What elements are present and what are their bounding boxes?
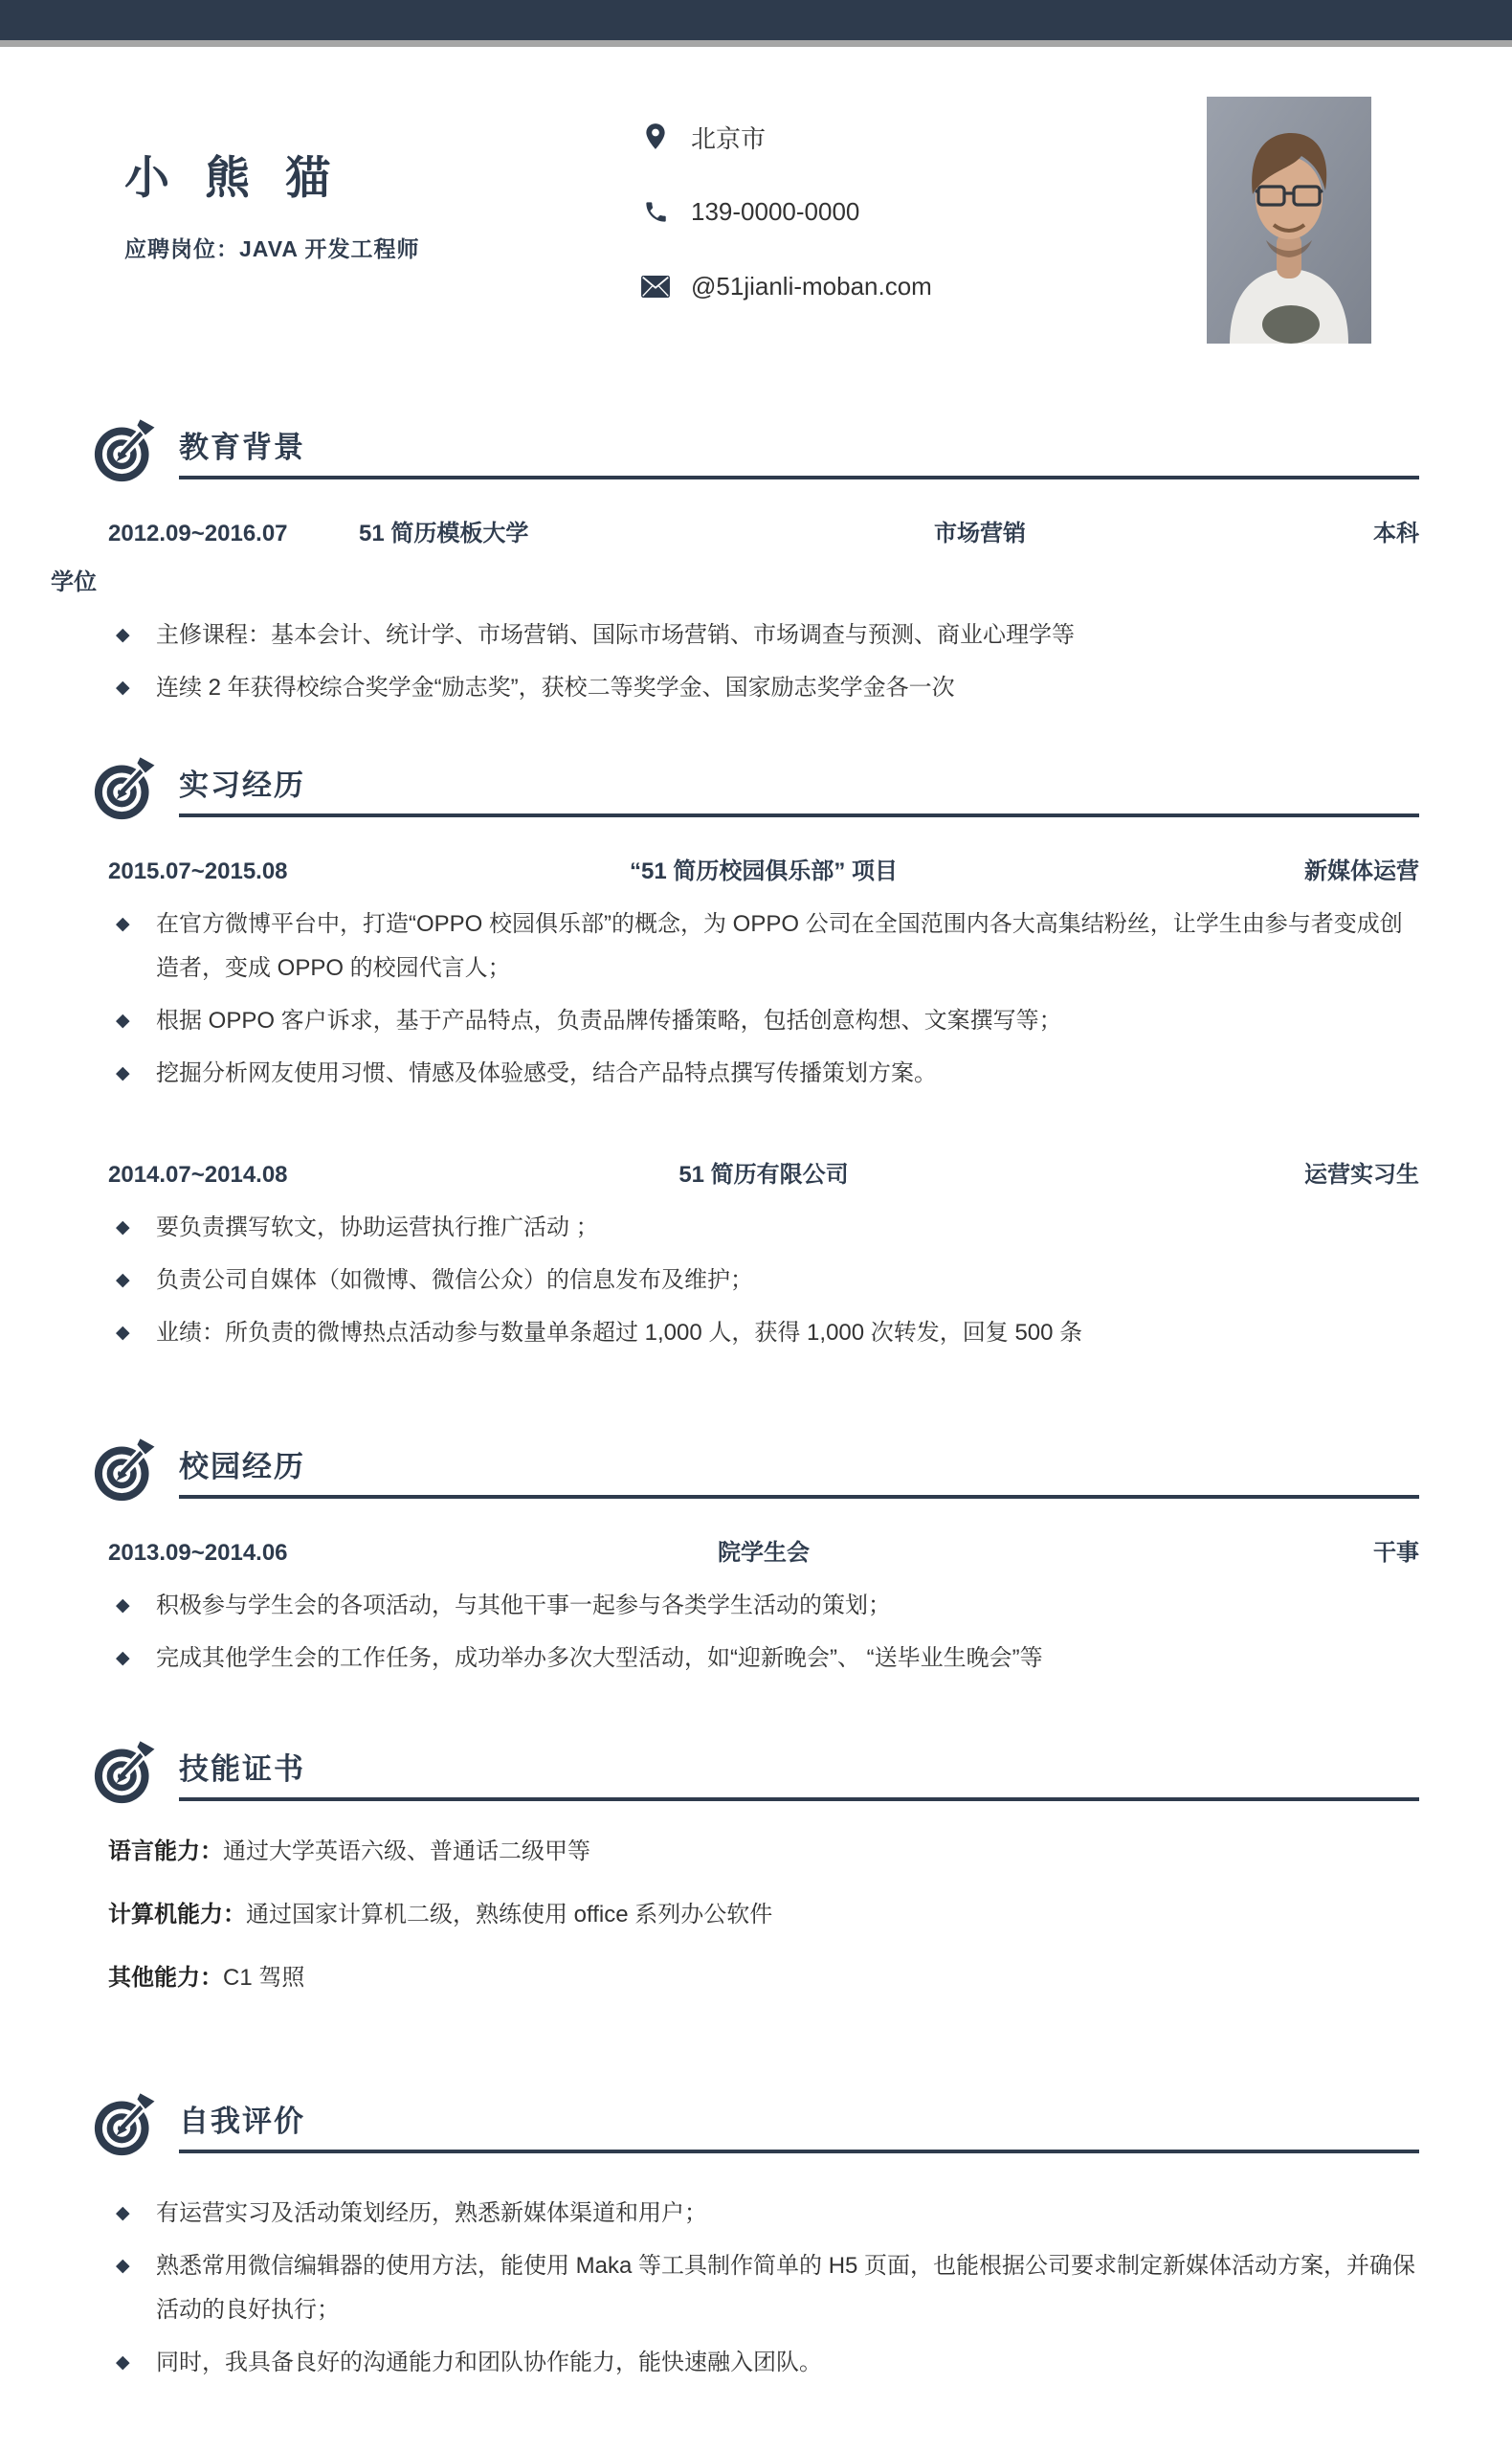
diamond-bullet-icon: ◆ — [108, 2244, 156, 2332]
email-icon — [641, 272, 670, 301]
list-item: ◆根据 OPPO 客户诉求，基于产品特点，负责品牌传播策略，包括创意构想、文案撰… — [108, 999, 1419, 1043]
internship-entry-row: 2014.07~2014.08 51 简历有限公司 运营实习生 — [108, 1155, 1419, 1189]
list-item: ◆有运营实习及活动策划经历，熟悉新媒体渠道和用户； — [108, 2192, 1419, 2236]
dartboard-icon — [93, 1738, 158, 1807]
section-title: 实习经历 — [179, 769, 305, 802]
education-degree-wrapped: 学位 — [51, 563, 1419, 596]
contact-row-phone: 139-0000-0000 — [641, 187, 1207, 236]
section-self-evaluation-header: 自我评价 — [108, 2090, 1419, 2159]
list-item: ◆熟悉常用微信编辑器的使用方法，能使用 Maka 等工具制作简单的 H5 页面，… — [108, 2244, 1419, 2332]
section-skills-header: 技能证书 — [108, 1738, 1419, 1807]
contact-row-location: 北京市 — [641, 112, 1207, 162]
skill-label: 其他能力： — [108, 1954, 223, 2002]
list-item: ◆业绩：所负责的微博热点活动参与数量单条超过 1,000 人，获得 1,000 … — [108, 1311, 1419, 1355]
list-item: ◆在官方微博平台中，打造“OPPO 校园俱乐部”的概念，为 OPPO 公司在全国… — [108, 902, 1419, 991]
contact-row-email: @51jianli-moban.com — [641, 261, 1207, 311]
top-shadow-bar — [0, 40, 1512, 47]
diamond-bullet-icon: ◆ — [108, 999, 156, 1043]
section-title: 自我评价 — [179, 2105, 305, 2138]
education-school: 51 简历模板大学 — [359, 514, 684, 547]
skill-text: C1 驾照 — [223, 1954, 304, 2002]
list-item: ◆完成其他学生会的工作任务，成功举办多次大型活动，如“迎新晚会”、 “送毕业生晚… — [108, 1637, 1419, 1681]
internship-entry-row: 2015.07~2015.08 “51 简历校园俱乐部” 项目 新媒体运营 — [108, 852, 1419, 885]
entry-date: 2015.07~2015.08 — [108, 858, 359, 885]
profile-photo — [1207, 97, 1371, 344]
section-rule: 校园经历 — [179, 1442, 1419, 1499]
phone-icon — [641, 197, 670, 226]
diamond-bullet-icon: ◆ — [108, 1259, 156, 1303]
list-item: ◆连续 2 年获得校综合奖学金“励志奖”，获校二等奖学金、国家励志奖学金各一次 — [108, 666, 1419, 710]
section-campus: 校园经历 2013.09~2014.06 院学生会 干事 ◆积极参与学生会的各项… — [108, 1436, 1419, 1681]
section-self-evaluation: 自我评价 ◆有运营实习及活动策划经历，熟悉新媒体渠道和用户； ◆熟悉常用微信编辑… — [108, 2090, 1419, 2385]
skill-text: 通过国家计算机二级，熟练使用 office 系列办公软件 — [246, 1891, 772, 1939]
diamond-bullet-icon: ◆ — [108, 613, 156, 657]
entry-org: 院学生会 — [359, 1533, 1168, 1567]
dartboard-icon — [93, 416, 158, 485]
list-item: ◆同时，我具备良好的沟通能力和团队协作能力，能快速融入团队。 — [108, 2341, 1419, 2385]
diamond-bullet-icon: ◆ — [108, 2341, 156, 2385]
skill-text: 通过大学英语六级、普通话二级甲等 — [223, 1828, 590, 1876]
internship-bullets-1: ◆在官方微博平台中，打造“OPPO 校园俱乐部”的概念，为 OPPO 公司在全国… — [108, 902, 1419, 1096]
diamond-bullet-icon: ◆ — [108, 1052, 156, 1096]
entry-org: “51 简历校园俱乐部” 项目 — [359, 852, 1168, 885]
section-internship-header: 实习经历 — [108, 754, 1419, 823]
section-internship: 实习经历 2015.07~2015.08 “51 简历校园俱乐部” 项目 新媒体… — [108, 754, 1419, 1355]
section-title: 教育背景 — [179, 431, 305, 464]
education-degree: 本科 — [1276, 514, 1419, 547]
skill-line-language: 语言能力： 通过大学英语六级、普通话二级甲等 — [108, 1828, 1419, 1876]
diamond-bullet-icon: ◆ — [108, 1206, 156, 1250]
self-evaluation-bullets: ◆有运营实习及活动策划经历，熟悉新媒体渠道和用户； ◆熟悉常用微信编辑器的使用方… — [108, 2192, 1419, 2385]
diamond-bullet-icon: ◆ — [108, 2192, 156, 2236]
section-title: 校园经历 — [179, 1450, 305, 1483]
contact-block: 北京市 139-0000-0000 @51jianli-moban.com — [526, 97, 1207, 344]
diamond-bullet-icon: ◆ — [108, 902, 156, 991]
list-item: ◆要负责撰写软文，协助运营执行推广活动 ； — [108, 1206, 1419, 1250]
section-campus-header: 校园经历 — [108, 1436, 1419, 1504]
location-text: 北京市 — [691, 120, 766, 155]
section-rule: 技能证书 — [179, 1745, 1419, 1801]
location-pin-icon — [641, 123, 670, 151]
identity-block: 小 熊 猫 应聘岗位：JAVA 开发工程师 — [124, 97, 526, 344]
section-education: 教育背景 2012.09~2016.07 51 简历模板大学 市场营销 本科 学… — [108, 416, 1419, 710]
skill-label: 计算机能力： — [108, 1891, 246, 1939]
education-major: 市场营销 — [684, 514, 1276, 547]
target-position: 应聘岗位：JAVA 开发工程师 — [124, 232, 526, 263]
education-bullets: ◆主修课程：基本会计、统计学、市场营销、国际市场营销、市场调查与预测、商业心理学… — [108, 613, 1419, 710]
skill-line-computer: 计算机能力： 通过国家计算机二级，熟练使用 office 系列办公软件 — [108, 1891, 1419, 1939]
section-education-header: 教育背景 — [108, 416, 1419, 485]
resume-body: 教育背景 2012.09~2016.07 51 简历模板大学 市场营销 本科 学… — [0, 416, 1512, 2451]
list-item: ◆挖掘分析网友使用习惯、情感及体验感受，结合产品特点撰写传播策划方案。 — [108, 1052, 1419, 1096]
internship-bullets-2: ◆要负责撰写软文，协助运营执行推广活动 ； ◆负责公司自媒体（如微博、微信公众）… — [108, 1206, 1419, 1355]
entry-role: 运营实习生 — [1168, 1155, 1419, 1189]
education-date: 2012.09~2016.07 — [108, 521, 359, 547]
list-item: ◆主修课程：基本会计、统计学、市场营销、国际市场营销、市场调查与预测、商业心理学… — [108, 613, 1419, 657]
skill-line-other: 其他能力： C1 驾照 — [108, 1954, 1419, 2002]
section-rule: 自我评价 — [179, 2097, 1419, 2153]
entry-org: 51 简历有限公司 — [359, 1155, 1168, 1189]
section-rule: 教育背景 — [179, 423, 1419, 479]
diamond-bullet-icon: ◆ — [108, 1584, 156, 1628]
list-item: ◆负责公司自媒体（如微博、微信公众）的信息发布及维护； — [108, 1259, 1419, 1303]
section-title: 技能证书 — [179, 1752, 305, 1786]
candidate-name: 小 熊 猫 — [124, 143, 526, 207]
diamond-bullet-icon: ◆ — [108, 1637, 156, 1681]
section-skills: 技能证书 语言能力： 通过大学英语六级、普通话二级甲等 计算机能力： 通过国家计… — [108, 1738, 1419, 2002]
list-item: ◆积极参与学生会的各项活动，与其他干事一起参与各类学生活动的策划； — [108, 1584, 1419, 1628]
resume-header: 小 熊 猫 应聘岗位：JAVA 开发工程师 北京市 139-0000-0000 … — [0, 47, 1512, 372]
diamond-bullet-icon: ◆ — [108, 666, 156, 710]
dartboard-icon — [93, 754, 158, 823]
education-entry-row: 2012.09~2016.07 51 简历模板大学 市场营销 本科 — [108, 514, 1419, 547]
skill-label: 语言能力： — [108, 1828, 223, 1876]
entry-role: 干事 — [1168, 1533, 1419, 1567]
entry-date: 2014.07~2014.08 — [108, 1162, 359, 1189]
entry-date: 2013.09~2014.06 — [108, 1540, 359, 1567]
campus-entry-row: 2013.09~2014.06 院学生会 干事 — [108, 1533, 1419, 1567]
diamond-bullet-icon: ◆ — [108, 1311, 156, 1355]
dartboard-icon — [93, 1436, 158, 1504]
section-rule: 实习经历 — [179, 761, 1419, 817]
email-text: @51jianli-moban.com — [691, 272, 932, 301]
dartboard-icon — [93, 2090, 158, 2159]
entry-role: 新媒体运营 — [1168, 852, 1419, 885]
phone-text: 139-0000-0000 — [691, 197, 859, 227]
top-accent-bar — [0, 0, 1512, 40]
campus-bullets: ◆积极参与学生会的各项活动，与其他干事一起参与各类学生活动的策划； ◆完成其他学… — [108, 1584, 1419, 1681]
